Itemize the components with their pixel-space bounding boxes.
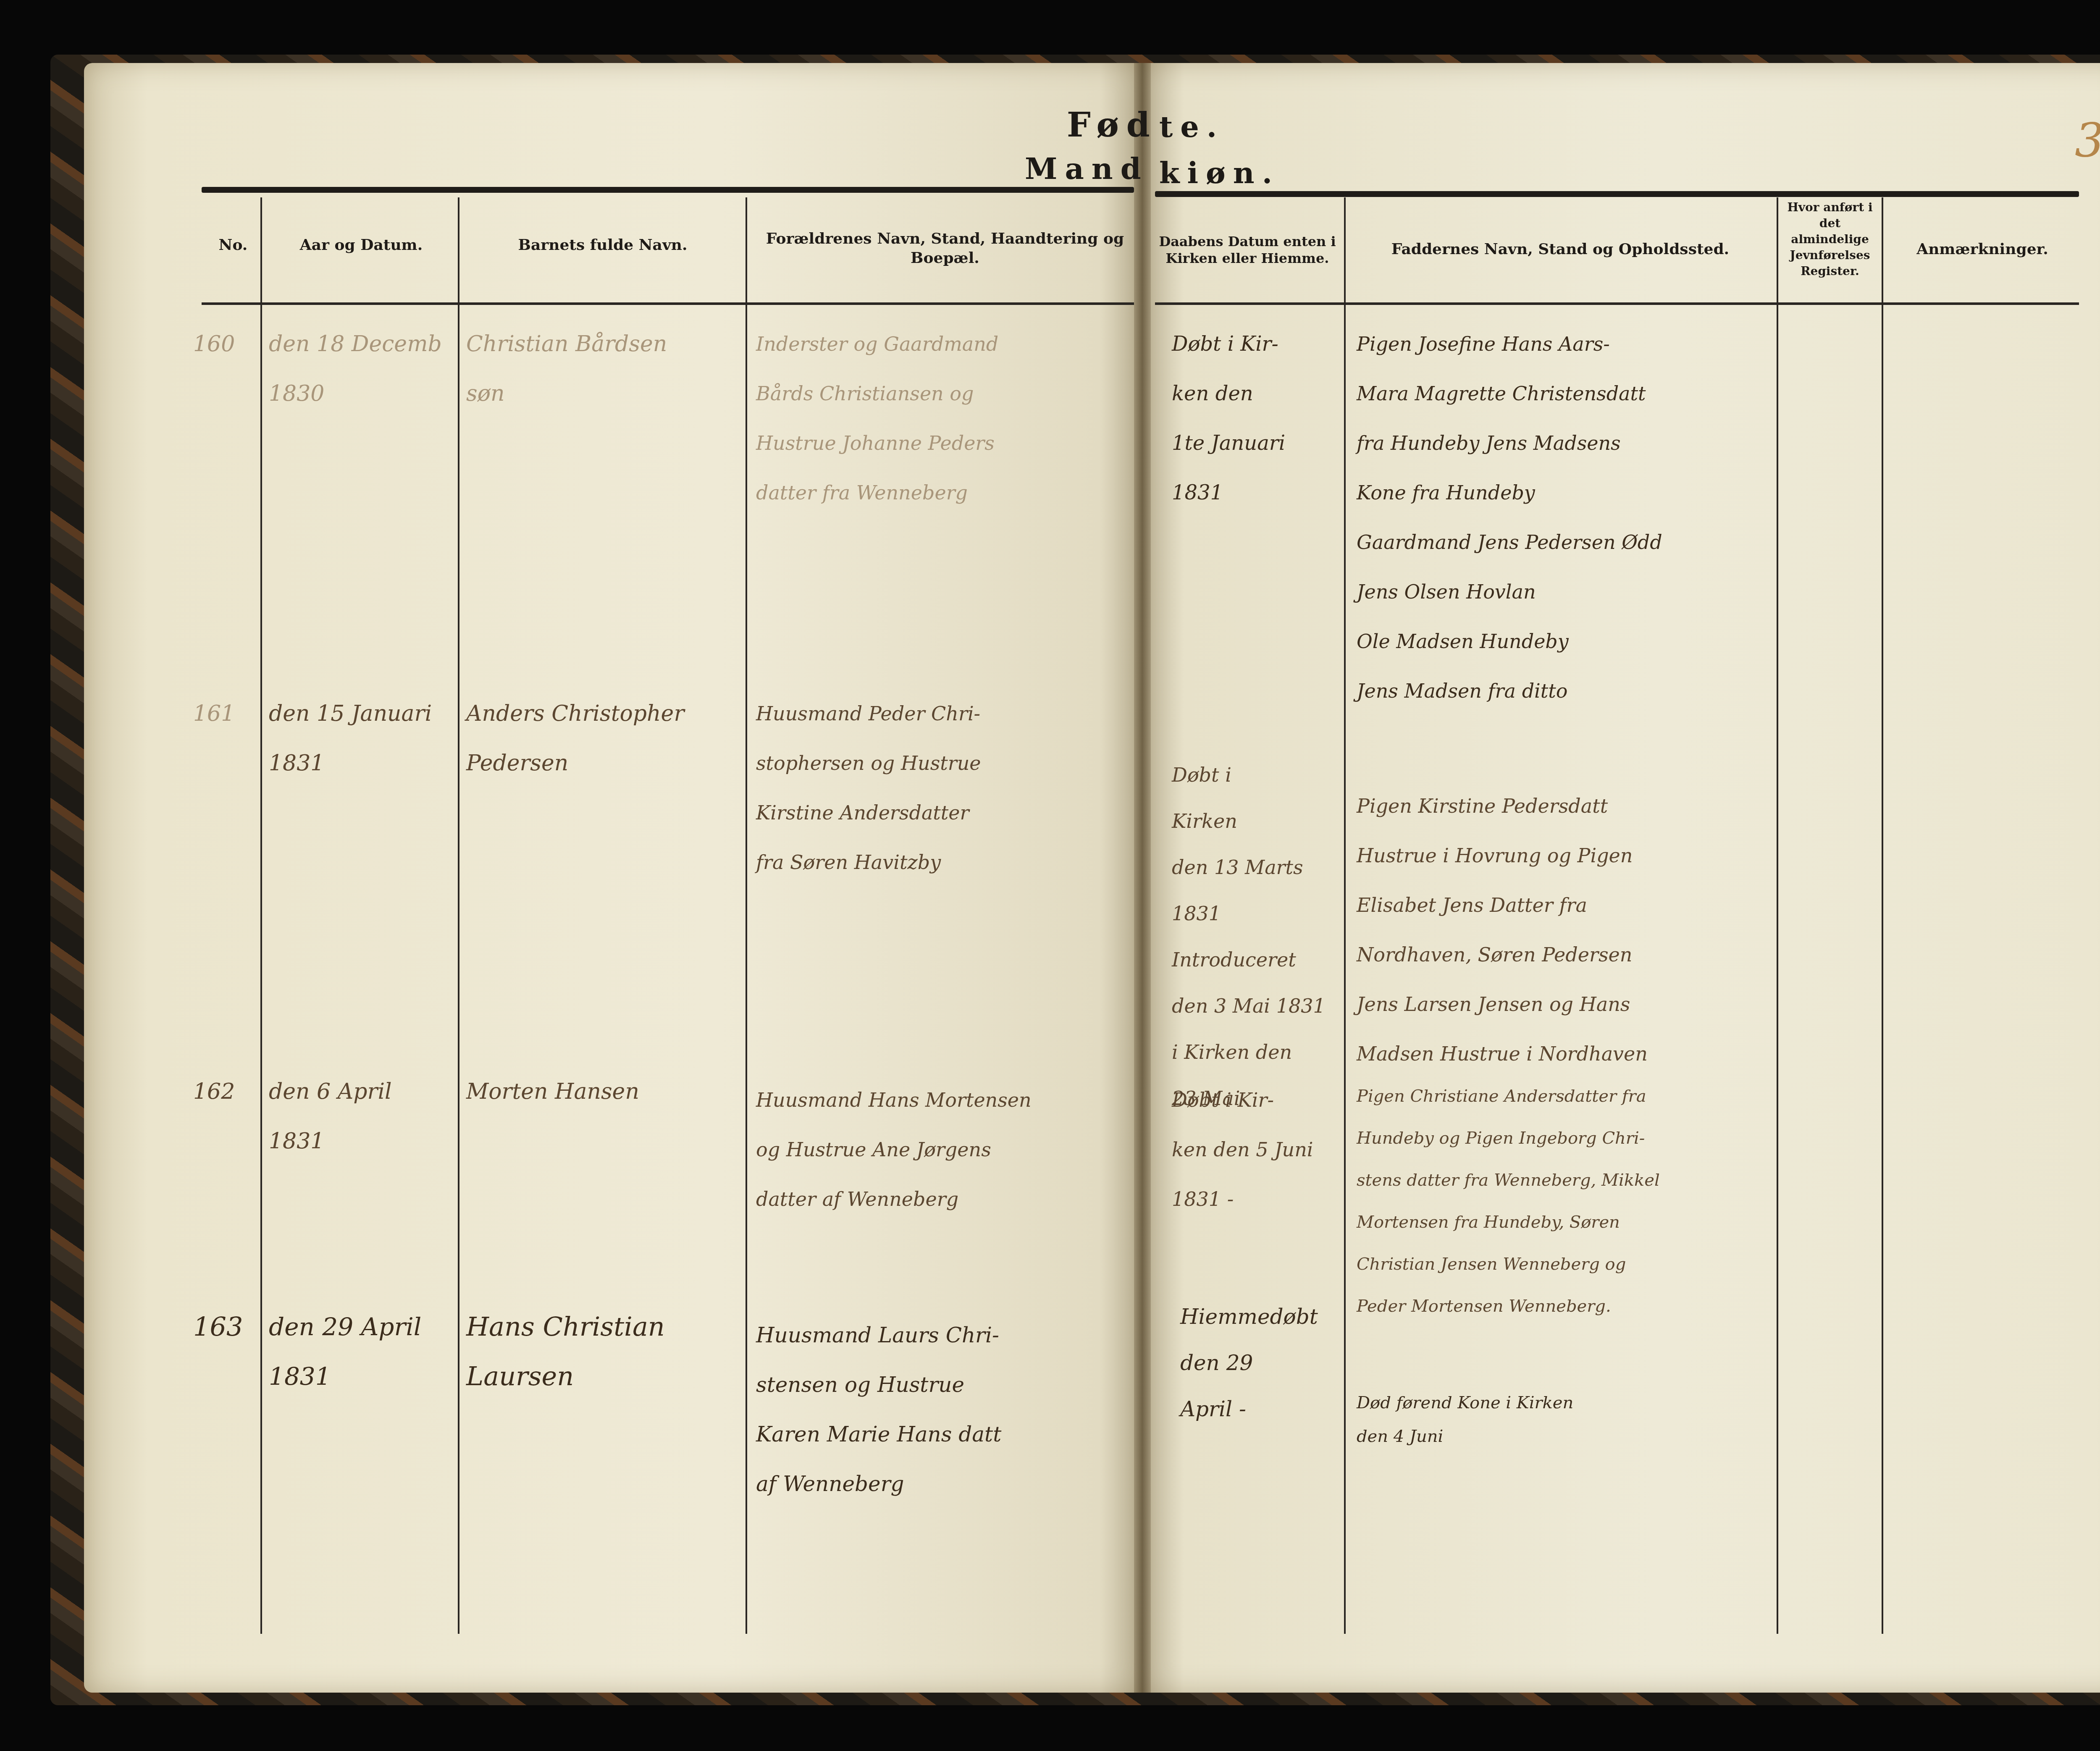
col-divider [1882,197,1883,1634]
column-header-sponsors: Faddernes Navn, Stand og Opholdssted. [1348,239,1772,259]
col-divider [458,197,459,1634]
title-line1-left: Fød [1067,105,1158,144]
column-header-parents: Forældrenes Navn, Stand, Haandtering og … [756,229,1134,268]
entry-number: 163 [193,1302,243,1352]
entry-date: den 18 Decemb 1830 [269,319,442,418]
header-top-rule-right [1155,191,2079,197]
column-header-register: Hvor anført i det almindelige Jevnførels… [1780,200,1880,279]
col-divider [745,197,747,1634]
entry-date: den 15 Januari 1831 [269,689,432,788]
entry-parents: Huusmand Laurs Chri- stensen og Hustrue … [756,1310,1001,1509]
entry-date: den 29 April 1831 [269,1302,421,1401]
entry-number: 162 [193,1067,235,1116]
title-line1-right: te. [1159,109,1224,144]
entry-child-name: Christian Bårdsen søn [466,319,667,418]
column-header-no: No. [206,235,260,255]
column-header-child-name: Barnets fulde Navn. [462,235,743,255]
entry-baptism: Døbt i Kir- ken den 5 Juni 1831 - [1172,1075,1313,1224]
entry-parents: Huusmand Peder Chri- stophersen og Hustr… [756,689,981,887]
entry-child-name: Hans Christian Laursen [466,1302,665,1401]
title-line2-right: kiøn. [1159,155,1280,190]
entry-parents: Inderster og Gaardmand Bårds Christianse… [756,319,998,517]
entry-sponsors: Pigen Christiane Andersdatter fra Hundeb… [1357,1075,1660,1327]
col-divider [1777,197,1778,1634]
entry-sponsors: Pigen Kirstine Pedersdatt Hustrue i Hovr… [1357,781,1648,1079]
entry-number: 161 [193,689,235,738]
column-header-baptism: Daabens Datum enten i Kirken eller Hiemm… [1155,233,1340,267]
column-header-remarks: Anmærkninger. [1886,239,2079,259]
entry-sponsors: Pigen Josefine Hans Aars- Mara Magrette … [1357,319,1662,716]
header-bottom-rule-right [1155,302,2079,305]
col-divider [1344,197,1346,1634]
entry-child-name: Morten Hansen [466,1067,639,1116]
header-bottom-rule-left [202,302,1134,305]
entry-child-name: Anders Christopher Pedersen [466,689,684,788]
page-number: 37 [2075,113,2100,167]
title-line2-left: Mand [1025,151,1149,186]
col-divider [260,197,262,1634]
book-gutter [1134,63,1151,1693]
entry-date: den 6 April 1831 [269,1067,392,1166]
entry-baptism: Hiemmedøbt den 29 April - [1180,1294,1318,1432]
entry-baptism: Døbt i Kir- ken den 1te Januari 1831 [1172,319,1285,517]
entry-sponsors: Død førend Kone i Kirken den 4 Juni [1357,1386,1573,1453]
column-header-date: Aar og Datum. [265,235,458,255]
entry-parents: Huusmand Hans Mortensen og Hustrue Ane J… [756,1075,1032,1224]
entry-number: 160 [193,319,235,369]
header-top-rule-left [202,187,1134,193]
entry-baptism: Døbt i Kirken den 13 Marts 1831 Introduc… [1172,752,1326,1121]
